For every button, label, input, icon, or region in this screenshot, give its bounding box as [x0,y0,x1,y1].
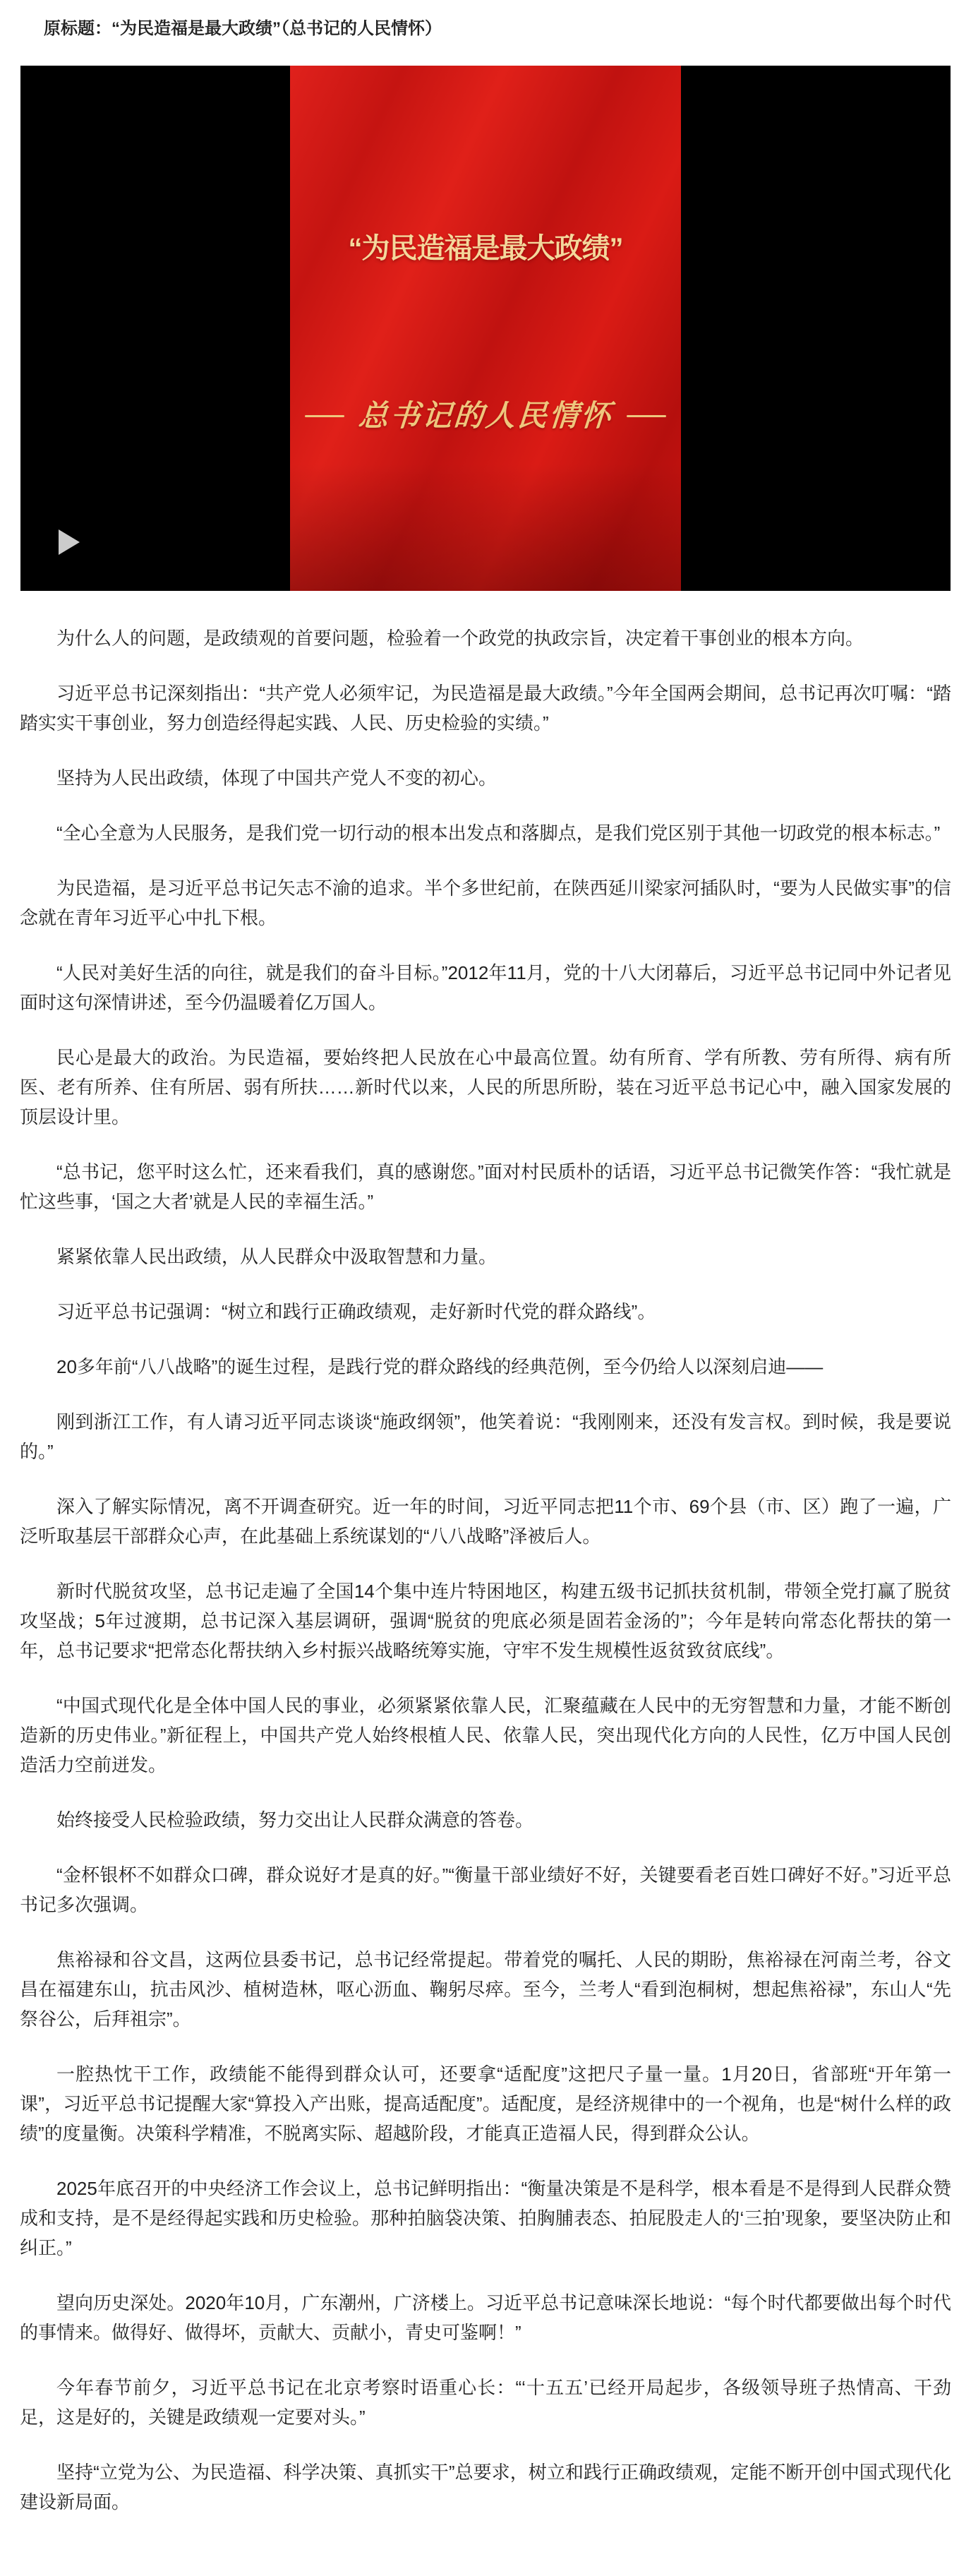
article-paragraph: “人民对美好生活的向往，就是我们的奋斗目标。”2012年11月，党的十八大闭幕后… [20,958,951,1017]
article-paragraph: “金杯银杯不如群众口碑，群众说好才是真的好。”“衡量干部业绩好不好，关键要看老百… [20,1860,951,1919]
article-paragraph: 2025年底召开的中央经济工作会议上，总书记鲜明指出：“衡量决策是不是科学，根本… [20,2174,951,2263]
article-paragraph: 新时代脱贫攻坚，总书记走遍了全国14个集中连片特困地区，构建五级书记抓扶贫机制，… [20,1576,951,1665]
article-paragraph: 坚持为人民出政绩，体现了中国共产党人不变的初心。 [20,763,951,793]
article-paragraph: 始终接受人民检验政绩，努力交出让人民群众满意的答卷。 [20,1805,951,1835]
article-paragraph: 紧紧依靠人民出政绩，从人民群众中汲取智慧和力量。 [20,1242,951,1271]
article-paragraph: “总书记，您平时这么忙，还来看我们，真的感谢您。”面对村民质朴的话语，习近平总书… [20,1157,951,1216]
article-paragraph: 坚持“立党为公、为民造福、科学决策、真抓实干”总要求，树立和践行正确政绩观，定能… [20,2457,951,2517]
article-body: 为什么人的问题，是政绩观的首要问题，检验着一个政党的执政宗旨，决定着干事创业的根… [0,591,971,2556]
article-paragraph: 为民造福，是习近平总书记矢志不渝的追求。半个多世纪前，在陕西延川梁家河插队时，“… [20,873,951,933]
article-paragraph: 习近平总书记强调：“树立和践行正确政绩观，走好新时代党的群众路线”。 [20,1297,951,1326]
article-paragraph: 望向历史深处。2020年10月，广东潮州，广济楼上。习近平总书记意味深长地说：“… [20,2288,951,2347]
video-poster: “为民造福是最大政绩” 总书记的人民情怀 [290,66,681,591]
video-player[interactable]: “为民造福是最大政绩” 总书记的人民情怀 [20,66,951,591]
subtitle-left-line [305,415,344,417]
article-paragraph: “全心全意为人民服务，是我们党一切行动的根本出发点和落脚点，是我们党区别于其他一… [20,818,951,848]
article-paragraph: 焦裕禄和谷文昌，这两位县委书记，总书记经常提起。带着党的嘱托、人民的期盼，焦裕禄… [20,1945,951,2034]
page-title: 原标题：“为民造福是最大政绩”（总书记的人民情怀） [44,18,971,39]
article-paragraph: 习近平总书记深刻指出：“共产党人必须牢记，为民造福是最大政绩。”今年全国两会期间… [20,678,951,738]
article-paragraph: 刚到浙江工作，有人请习近平同志谈谈“施政纲领”，他笑着说：“我刚刚来，还没有发言… [20,1407,951,1466]
article-paragraph: “中国式现代化是全体中国人民的事业，必须紧紧依靠人民，汇聚蕴藏在人民中的无穷智慧… [20,1691,951,1780]
article-paragraph: 为什么人的问题，是政绩观的首要问题，检验着一个政党的执政宗旨，决定着干事创业的根… [20,623,951,653]
article-paragraph: 民心是最大的政治。为民造福，要始终把人民放在心中最高位置。幼有所育、学有所教、劳… [20,1043,951,1132]
article-paragraph: 深入了解实际情况，离不开调查研究。近一年的时间，习近平同志把11个市、69个县（… [20,1492,951,1551]
article-paragraph: 20多年前“八八战略”的诞生过程，是践行党的群众路线的经典范例，至今仍给人以深刻… [20,1352,951,1382]
article-paragraph: 今年春节前夕，习近平总书记在北京考察时语重心长：“‘十五五’已经开局起步，各级领… [20,2373,951,2432]
article-paragraph: 一腔热忱干工作，政绩能不能得到群众认可，还要拿“适配度”这把尺子量一量。1月20… [20,2059,951,2148]
video-poster-quote: “为民造福是最大政绩” [290,229,681,268]
subtitle-right-line [627,415,666,417]
video-poster-subtitle: 总书记的人民情怀 [290,396,681,436]
video-poster-subtitle-text: 总书记的人民情怀 [357,396,614,436]
play-icon[interactable] [59,529,80,555]
